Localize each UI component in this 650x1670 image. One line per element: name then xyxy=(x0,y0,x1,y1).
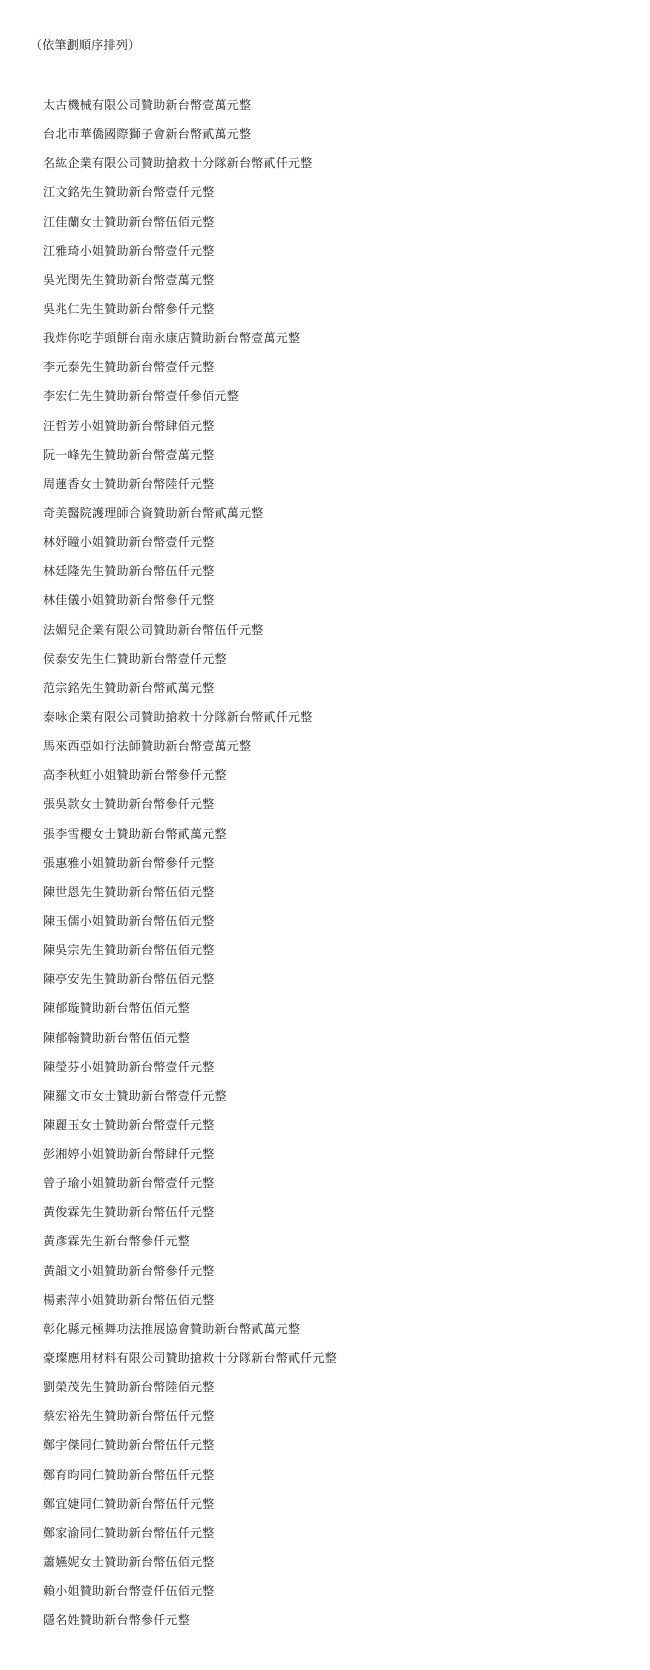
donor-entry: 馬來西亞如行法師贊助新台幣壹萬元整 xyxy=(43,732,620,761)
donor-entry: 江文銘先生贊助新台幣壹仟元整 xyxy=(43,178,620,207)
donor-entry: 鄭家渝同仁贊助新台幣伍仟元整 xyxy=(43,1519,620,1548)
sort-order-note: （依筆劃順序排列） xyxy=(30,39,620,51)
donor-entry: 太古機械有限公司贊助新台幣壹萬元整 xyxy=(43,91,620,120)
donor-entry: 劉榮茂先生贊助新台幣陸佰元整 xyxy=(43,1373,620,1402)
donor-entry: 張吳款女士贊助新台幣參仟元整 xyxy=(43,790,620,819)
donor-entry: 陳郁翰贊助新台幣伍佰元整 xyxy=(43,1024,620,1053)
donor-entry: 阮一峰先生贊助新台幣壹萬元整 xyxy=(43,441,620,470)
donor-entry: 陳玉儒小姐贊助新台幣伍佰元整 xyxy=(43,907,620,936)
donor-entry: 范宗銘先生贊助新台幣貳萬元整 xyxy=(43,674,620,703)
donor-entry: 陳羅文市女士贊助新台幣壹仟元整 xyxy=(43,1082,620,1111)
donor-entry: 黃韻文小姐贊助新台幣參仟元整 xyxy=(43,1257,620,1286)
donor-entry: 侯泰安先生仁贊助新台幣壹仟元整 xyxy=(43,645,620,674)
acknowledgement-document: （依筆劃順序排列） 太古機械有限公司贊助新台幣壹萬元整台北市華僑國際獅子會新台幣… xyxy=(0,0,650,1670)
donor-entry: 汪哲芳小姐贊助新台幣肆佰元整 xyxy=(43,412,620,441)
donor-entry: 鄭育昀同仁贊助新台幣伍仟元整 xyxy=(43,1461,620,1490)
donor-entry: 陳郁璇贊助新台幣伍佰元整 xyxy=(43,994,620,1023)
donor-entry: 彭湘婷小姐贊助新台幣肆仟元整 xyxy=(43,1140,620,1169)
donor-entry: 江佳蘭女士贊助新台幣伍佰元整 xyxy=(43,208,620,237)
donor-entry: 彰化縣元極舞功法推展協會贊助新台幣貳萬元整 xyxy=(43,1315,620,1344)
donor-entry: 賴小姐贊助新台幣壹仟伍佰元整 xyxy=(43,1577,620,1606)
donor-entry: 周蓮香女士贊助新台幣陸仟元整 xyxy=(43,470,620,499)
donor-entry: 台北市華僑國際獅子會新台幣貳萬元整 xyxy=(43,120,620,149)
donor-list: 太古機械有限公司贊助新台幣壹萬元整台北市華僑國際獅子會新台幣貳萬元整名紘企業有限… xyxy=(43,91,620,1635)
donor-entry: 林廷隆先生贊助新台幣伍仟元整 xyxy=(43,557,620,586)
donor-entry: 李宏仁先生贊助新台幣壹仟參佰元整 xyxy=(43,382,620,411)
donor-entry: 鄭宇傑同仁贊助新台幣伍仟元整 xyxy=(43,1431,620,1460)
donor-entry: 曾子瑜小姐贊助新台幣壹仟元整 xyxy=(43,1169,620,1198)
donor-entry: 隱名姓贊助新台幣參仟元整 xyxy=(43,1606,620,1635)
donor-entry: 陳麗玉女士贊助新台幣壹仟元整 xyxy=(43,1111,620,1140)
donor-entry: 張惠雅小姐贊助新台幣參仟元整 xyxy=(43,849,620,878)
donor-entry: 豪璨應用材料有限公司贊助搶救十分隊新台幣貳仟元整 xyxy=(43,1344,620,1373)
donor-entry: 李元泰先生贊助新台幣壹仟元整 xyxy=(43,353,620,382)
donor-entry: 林佳儀小姐贊助新台幣參仟元整 xyxy=(43,586,620,615)
donor-entry: 吳兆仁先生贊助新台幣參仟元整 xyxy=(43,295,620,324)
donor-entry: 蕭嬿妮女士贊助新台幣伍佰元整 xyxy=(43,1548,620,1577)
donor-entry: 陳瑩芬小姐贊助新台幣壹仟元整 xyxy=(43,1053,620,1082)
donor-entry: 吳光閔先生贊助新台幣壹萬元整 xyxy=(43,266,620,295)
donor-entry: 陳世恩先生贊助新台幣伍佰元整 xyxy=(43,878,620,907)
donor-entry: 高李秋虹小姐贊助新台幣參仟元整 xyxy=(43,761,620,790)
donor-entry: 楊素萍小姐贊助新台幣伍佰元整 xyxy=(43,1286,620,1315)
donor-entry: 江雅琦小姐贊助新台幣壹仟元整 xyxy=(43,237,620,266)
donor-entry: 我炸你吃芋頭餅台南永康店贊助新台幣壹萬元整 xyxy=(43,324,620,353)
donor-entry: 黃彥霖先生新台幣參仟元整 xyxy=(43,1227,620,1256)
donor-entry: 鄭宜婕同仁贊助新台幣伍仟元整 xyxy=(43,1490,620,1519)
donor-entry: 蔡宏裕先生贊助新台幣伍仟元整 xyxy=(43,1402,620,1431)
donor-entry: 張李雪櫻女士贊助新台幣貳萬元整 xyxy=(43,820,620,849)
donor-entry: 名紘企業有限公司贊助搶救十分隊新台幣貳仟元整 xyxy=(43,149,620,178)
donor-entry: 泰咏企業有限公司贊助搶救十分隊新台幣貳仟元整 xyxy=(43,703,620,732)
donor-entry: 陳吳宗先生贊助新台幣伍佰元整 xyxy=(43,936,620,965)
donor-entry: 法媚兒企業有限公司贊助新台幣伍仟元整 xyxy=(43,616,620,645)
donor-entry: 黃俊霖先生贊助新台幣伍仟元整 xyxy=(43,1198,620,1227)
donor-entry: 林妤瞳小姐贊助新台幣壹仟元整 xyxy=(43,528,620,557)
donor-entry: 奇美醫院護理師合資贊助新台幣貳萬元整 xyxy=(43,499,620,528)
donor-entry: 陳亭安先生贊助新台幣伍佰元整 xyxy=(43,965,620,994)
